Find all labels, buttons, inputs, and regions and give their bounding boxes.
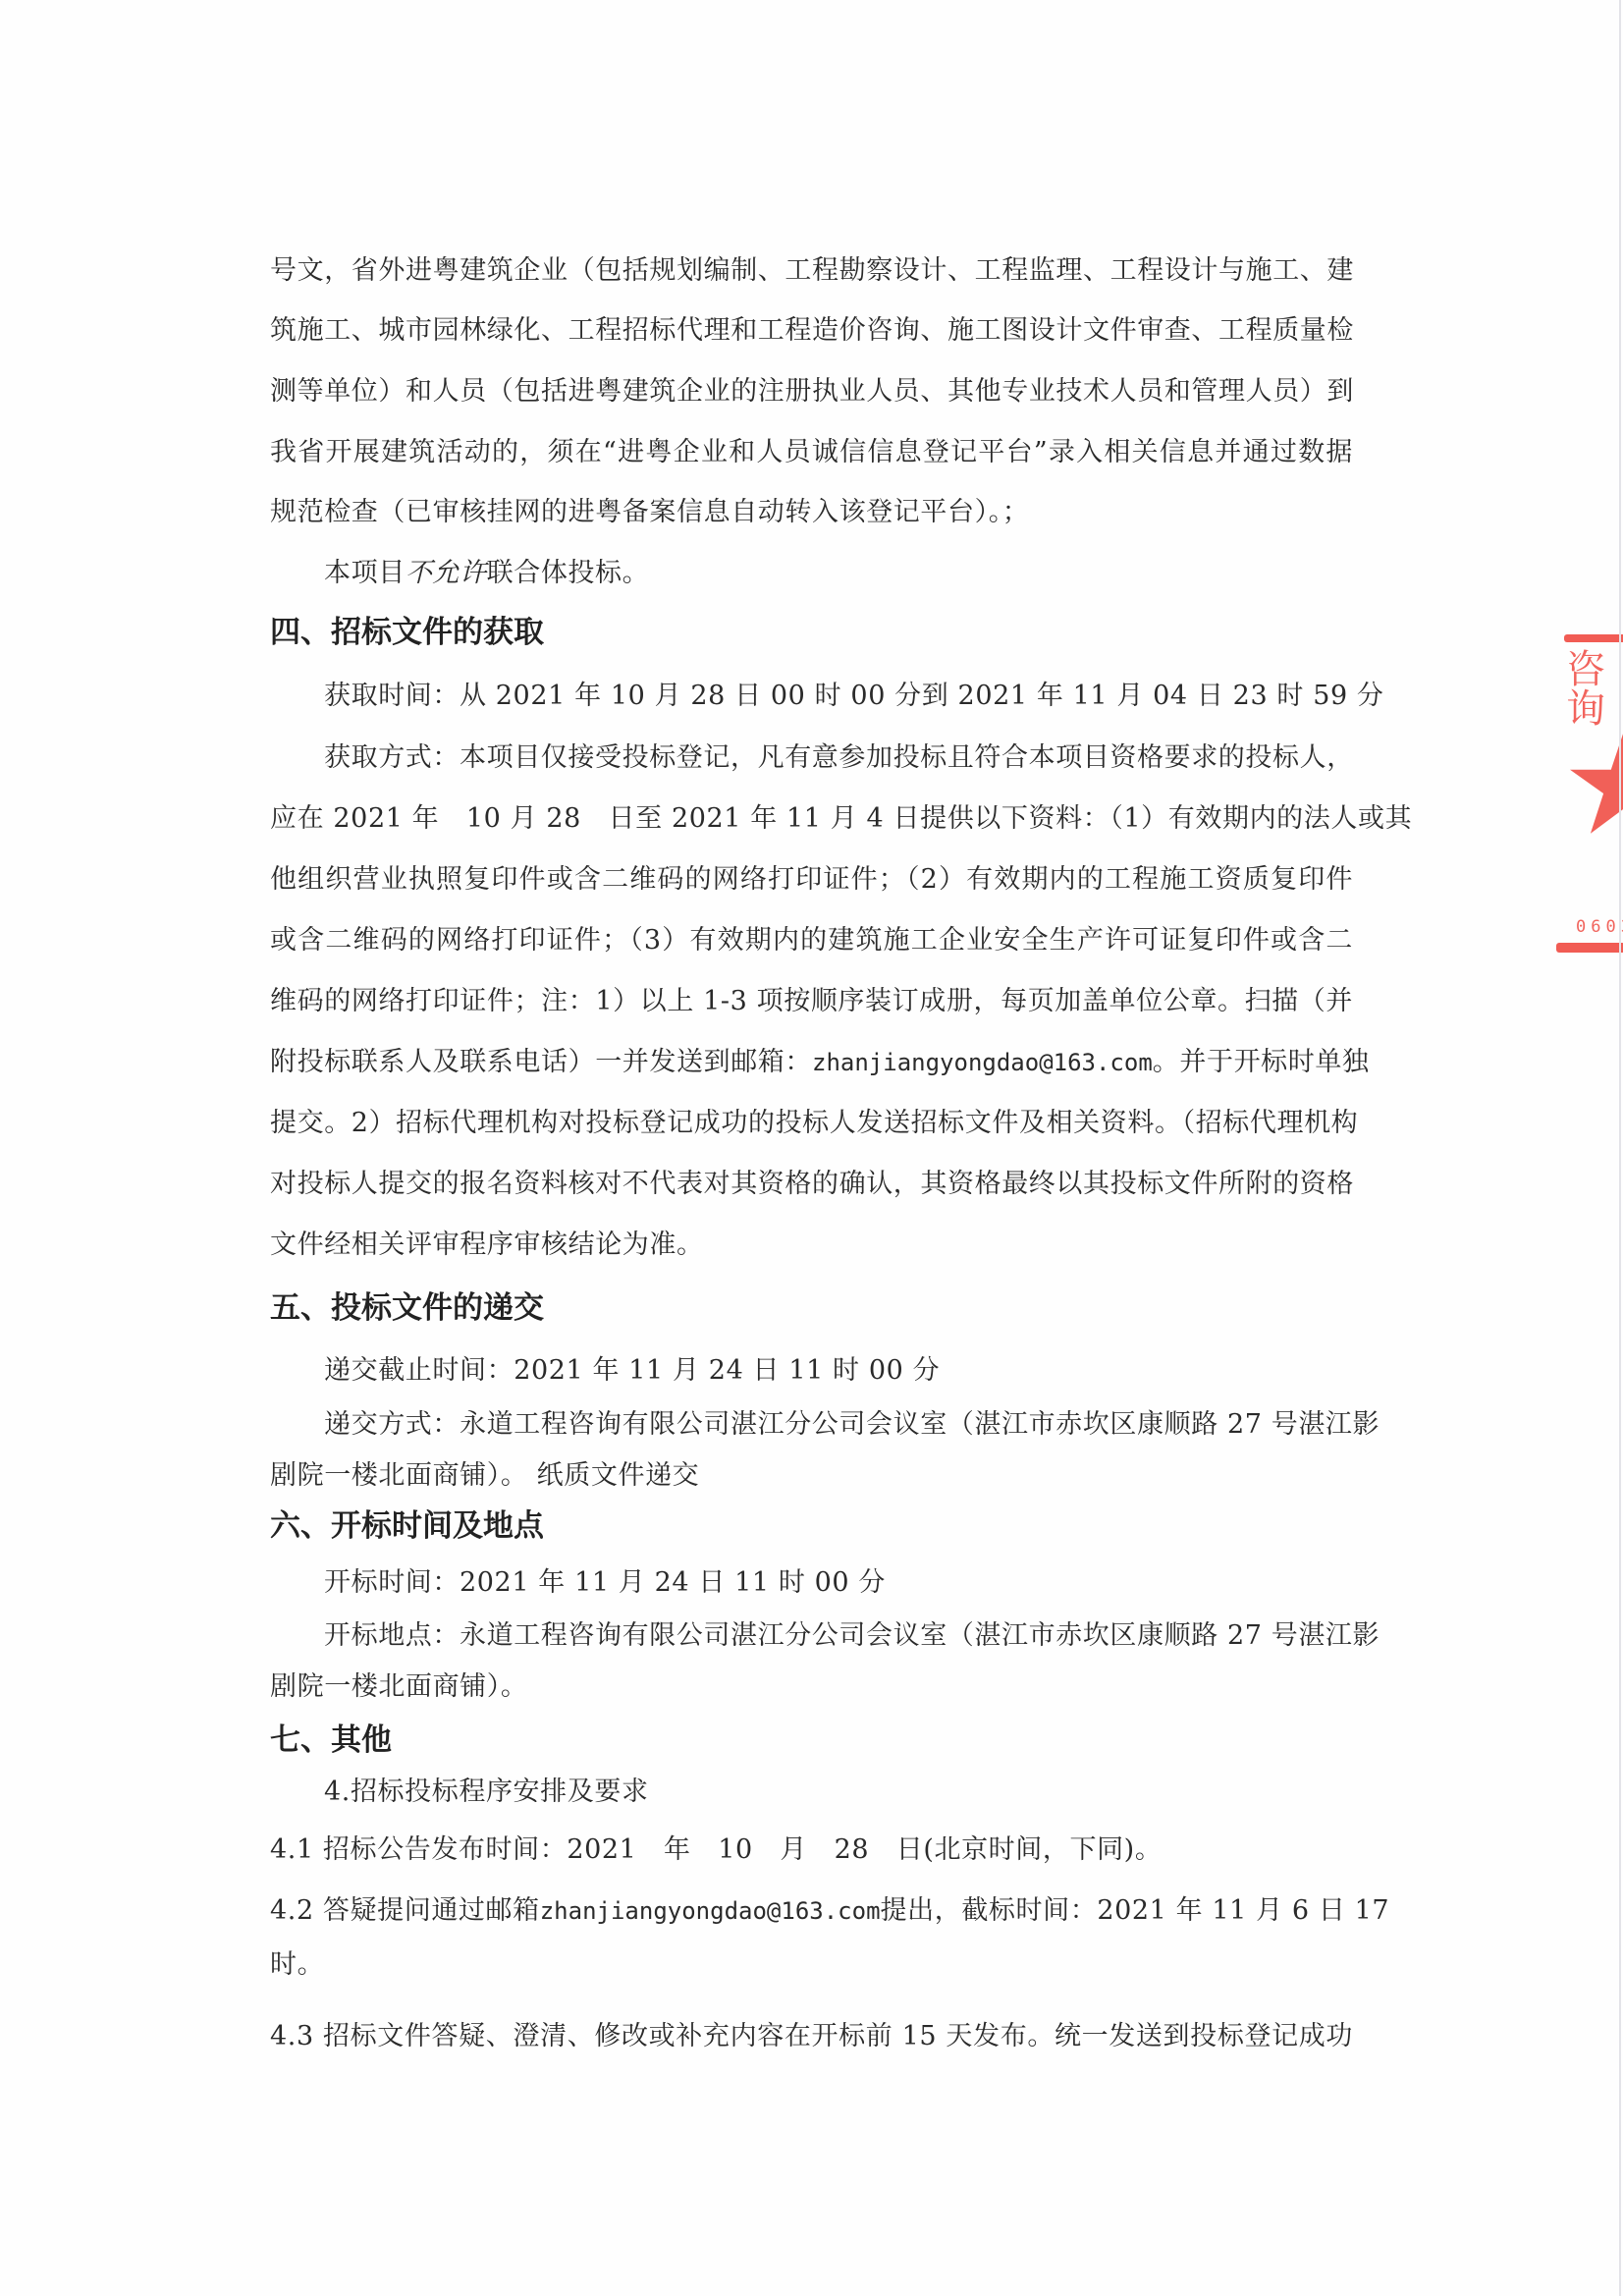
- section-7-heading: 七、其他: [270, 1722, 392, 1759]
- section-6-heading: 六、开标时间及地点: [270, 1507, 544, 1545]
- consortium-emphasis: 不允许: [406, 558, 487, 588]
- submission-deadline: 递交截止时间：2021 年 11 月 24 日 11 时 00 分: [324, 1354, 940, 1388]
- body-line: 开标地点：永道工程咨询有限公司湛江分公司会议室（湛江市赤坎区康顺路 27 号湛江…: [324, 1619, 1353, 1653]
- seal-top-border: [1564, 634, 1623, 642]
- email-line-before: 附投标联系人及联系电话）一并发送到邮箱：: [270, 1046, 812, 1079]
- body-line: 号文，省外进粤建筑企业（包括规划编制、工程勘察设计、工程监理、工程设计与施工、建: [270, 254, 1353, 288]
- body-line: 提交。2）招标代理机构对投标登记成功的投标人发送招标文件及相关资料。（招标代理机…: [270, 1107, 1353, 1140]
- email-link[interactable]: zhanjiangyongdao@163.com: [540, 1894, 881, 1928]
- item-4-2-before: 4.2 答疑提问通过邮箱: [270, 1894, 540, 1928]
- body-line: 或含二维码的网络打印证件；（3）有效期内的建筑施工企业安全生产许可证复印件或含二: [270, 924, 1353, 957]
- item-4-2: 4.2 答疑提问通过邮箱 zhanjiangyongdao@163.com 提出…: [270, 1894, 1353, 1928]
- body-line: 剧院一楼北面商铺）。 纸质文件递交: [270, 1459, 699, 1493]
- body-line: 筑施工、城市园林绿化、工程招标代理和工程造价咨询、施工图设计文件审查、工程质量检: [270, 314, 1353, 348]
- body-line: 剧院一楼北面商铺）。: [270, 1670, 528, 1704]
- item-4-3: 4.3 招标文件答疑、澄清、修改或补充内容在开标前 15 天发布。统一发送到投标…: [270, 2020, 1353, 2053]
- consortium-note: 本项目不允许联合体投标。: [324, 557, 649, 590]
- body-line: 测等单位）和人员（包括进粤建筑企业的注册执业人员、其他专业技术人员和管理人员）到: [270, 375, 1353, 409]
- body-line: 对投标人提交的报名资料核对不代表对其资格的确认，其资格最终以其投标文件所附的资格: [270, 1168, 1353, 1201]
- body-line: 规范检查（已审核挂网的进粤备案信息自动转入该登记平台）。；: [270, 496, 1029, 529]
- section-5-heading: 五、投标文件的递交: [270, 1289, 544, 1327]
- body-line: 他组织营业执照复印件或含二维码的网络打印证件；（2）有效期内的工程施工资质复印件: [270, 863, 1353, 897]
- body-line: 获取方式：本项目仅接受投标登记，凡有意参加投标且符合本项目资格要求的投标人，: [324, 741, 1353, 775]
- item-4-1: 4.1 招标公告发布时间：2021 年 10 月 28 日(北京时间，下同)。: [270, 1833, 1162, 1867]
- body-line: 我省开展建筑活动的，须在“进粤企业和人员诚信信息登记平台”录入相关信息并通过数据: [270, 436, 1353, 469]
- star-icon: [1570, 729, 1623, 837]
- seal-number: 0603: [1576, 917, 1623, 937]
- body-line: 文件经相关评审程序审核结论为准。: [270, 1229, 704, 1262]
- body-line: 应在 2021 年 10 月 28 日至 2021 年 11 月 4 日提供以下…: [270, 802, 1353, 836]
- section-4-heading: 四、招标文件的获取: [270, 614, 544, 651]
- email-line-after: 。并于开标时单独: [1153, 1046, 1370, 1079]
- email-line: 附投标联系人及联系电话）一并发送到邮箱：zhanjiangyongdao@163…: [270, 1046, 1353, 1079]
- document-page: 号文，省外进粤建筑企业（包括规划编制、工程勘察设计、工程监理、工程设计与施工、建…: [0, 0, 1623, 2296]
- company-seal: 咨询 0603: [1556, 630, 1623, 955]
- seal-bottom-border: [1556, 943, 1623, 953]
- body-line: 递交方式：永道工程咨询有限公司湛江分公司会议室（湛江市赤坎区康顺路 27 号湛江…: [324, 1408, 1353, 1442]
- opening-time: 开标时间：2021 年 11 月 24 日 11 时 00 分: [324, 1566, 886, 1600]
- email-link[interactable]: zhanjiangyongdao@163.com: [812, 1046, 1153, 1079]
- acquisition-time: 获取时间：从 2021 年 10 月 28 日 00 时 00 分到 2021 …: [324, 680, 1384, 713]
- seal-text: 咨询: [1566, 650, 1623, 729]
- body-line: 维码的网络打印证件；注：1）以上 1-3 项按顺序装订成册，每页加盖单位公章。扫…: [270, 985, 1353, 1018]
- item-4-2-after: 提出，截标时间：2021 年 11 月 6 日 17: [881, 1894, 1390, 1928]
- scan-edge: [1619, 0, 1621, 2296]
- consortium-prefix: 本项目: [324, 558, 406, 588]
- subheading: 4.招标投标程序安排及要求: [324, 1776, 649, 1809]
- item-4-2-wrap: 时。: [270, 1948, 324, 1982]
- consortium-suffix: 联合体投标。: [487, 558, 650, 588]
